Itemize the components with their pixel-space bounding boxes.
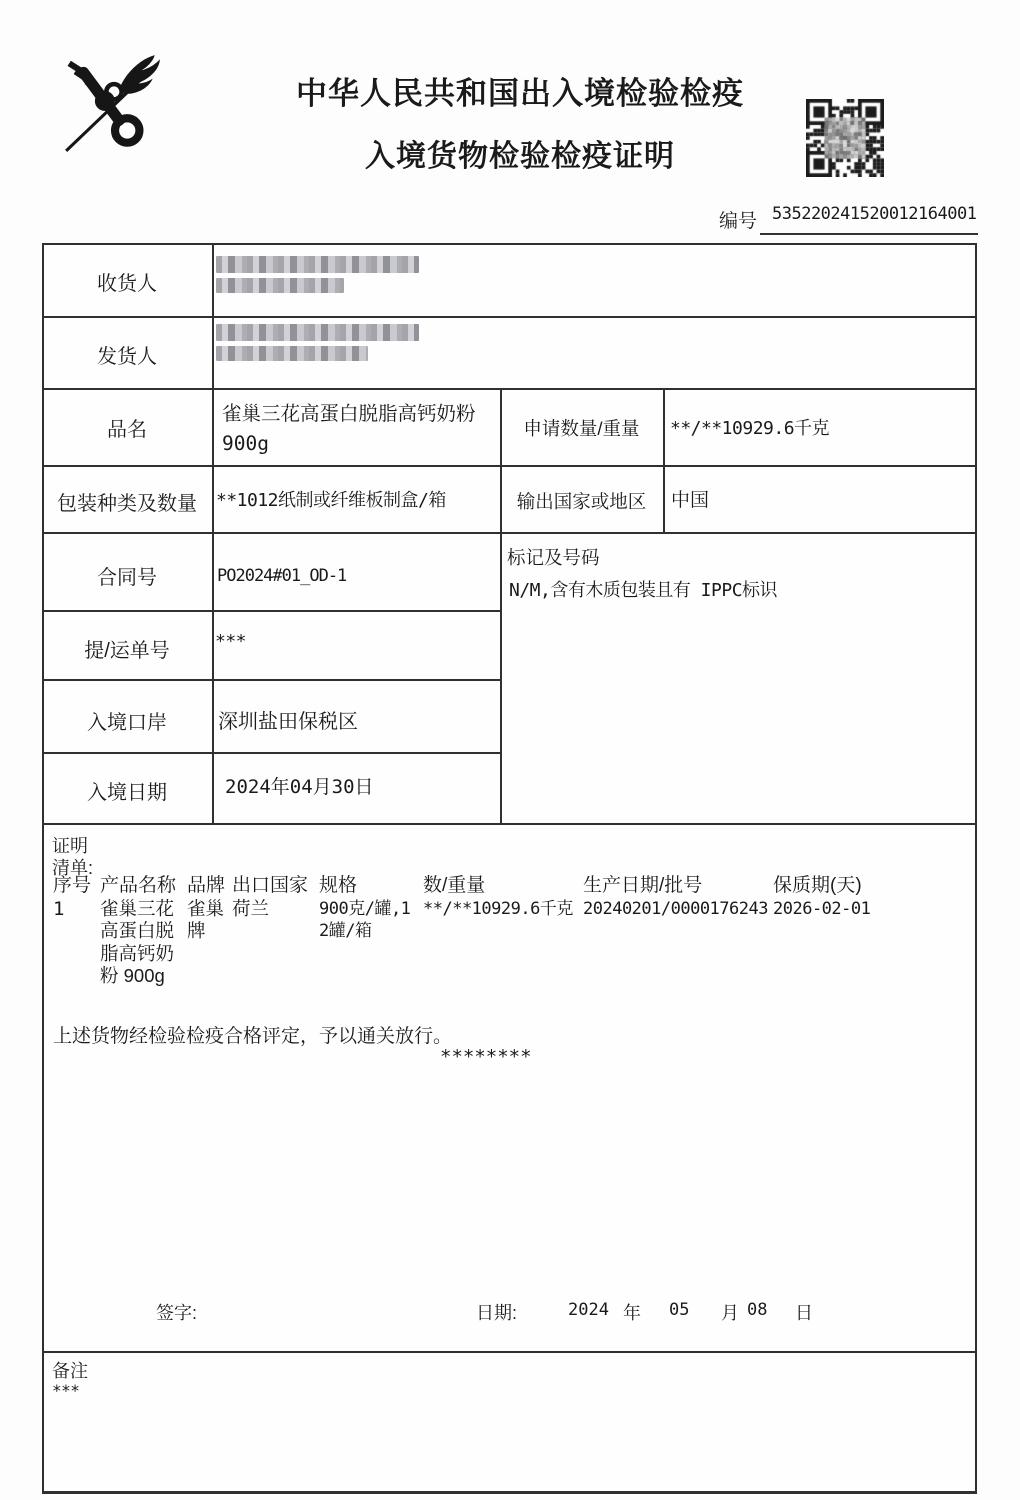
grid-line bbox=[44, 465, 975, 467]
month-char: 月 bbox=[721, 1299, 739, 1325]
package-value: **1012纸制或纤维板制盒/箱 bbox=[216, 486, 446, 512]
date-month-value: 05 bbox=[669, 1300, 689, 1320]
product-value: 雀巢三花高蛋白脱脂高钙奶粉 900g bbox=[222, 399, 486, 459]
contract-label: 合同号 bbox=[42, 561, 212, 590]
export-country-label: 输出国家或地区 bbox=[500, 488, 663, 514]
remarks-label: 备注 bbox=[52, 1357, 88, 1383]
list-col-seq: 序号 1 bbox=[53, 875, 99, 920]
grid-line bbox=[44, 388, 975, 390]
list-col-product: 产品名称 雀巢三花高蛋白脱脂高钙奶粉 900g bbox=[100, 875, 183, 988]
shipper-redacted-line2 bbox=[216, 346, 368, 361]
certificate-title-line1: 证明 bbox=[52, 835, 93, 857]
certificate-section-title: 证明 清单: bbox=[52, 835, 93, 879]
remarks-value: *** bbox=[52, 1381, 79, 1400]
consignee-label: 收货人 bbox=[42, 267, 212, 296]
consignee-redacted-line2 bbox=[216, 278, 344, 293]
bill-label: 提/运单号 bbox=[42, 634, 212, 663]
grid-line bbox=[212, 245, 214, 825]
date-year-value: 2024 bbox=[568, 1300, 609, 1320]
day-char: 日 bbox=[795, 1299, 813, 1325]
serial-label: 编号 bbox=[719, 206, 757, 233]
list-col-country: 出口国家 荷兰 bbox=[232, 875, 316, 920]
package-label: 包装种类及数量 bbox=[42, 487, 212, 516]
product-label: 品名 bbox=[42, 413, 212, 442]
serial-underline bbox=[760, 233, 978, 235]
signature-label: 签字: bbox=[156, 1299, 197, 1325]
document-title-line2: 入境货物检验检疫证明 bbox=[210, 131, 830, 175]
grid-line bbox=[44, 1351, 975, 1353]
serial-number: 535220241520012164001 bbox=[772, 204, 976, 224]
grid-line bbox=[44, 679, 502, 681]
list-col-brand: 品牌 雀巢牌 bbox=[187, 875, 231, 943]
grid-line bbox=[44, 752, 502, 754]
date-label: 日期: bbox=[476, 1299, 517, 1325]
grid-line bbox=[500, 388, 502, 825]
entry-port-label: 入境口岸 bbox=[42, 706, 212, 735]
marks-label: 标记及号码 bbox=[507, 544, 600, 570]
stars-separator: ******** bbox=[440, 1046, 532, 1068]
grid-line bbox=[44, 316, 975, 318]
shipper-redacted-line1 bbox=[216, 324, 419, 341]
bill-value: *** bbox=[215, 631, 246, 652]
entry-date-value: 2024年04月30日 bbox=[225, 772, 374, 799]
grid-line bbox=[44, 610, 502, 612]
list-col-prod-date: 生产日期/批号 20240201/0000176243 bbox=[583, 875, 771, 920]
shipper-label: 发货人 bbox=[42, 340, 212, 369]
grid-line bbox=[663, 388, 665, 534]
entry-date-label: 入境日期 bbox=[42, 776, 212, 805]
qr-code bbox=[806, 99, 884, 177]
grid-line bbox=[44, 823, 975, 825]
document-title-line1: 中华人民共和国出入境检验检疫 bbox=[210, 68, 830, 113]
qty-label: 申请数量/重量 bbox=[500, 415, 663, 441]
date-day-value: 08 bbox=[747, 1300, 767, 1320]
clearance-statement: 上述货物经检验检疫合格评定，予以通关放行。 bbox=[53, 1021, 452, 1048]
certificate-page: 中华人民共和国出入境检验检疫 入境货物检验检疫证明 编号 53522024152… bbox=[0, 0, 1020, 1500]
qty-value: **/**10929.6千克 bbox=[670, 414, 829, 440]
grid-line bbox=[44, 532, 975, 534]
marks-value: N/M,含有木质包装且有 IPPC标识 bbox=[509, 576, 777, 602]
consignee-redacted-line1 bbox=[216, 256, 419, 273]
list-col-spec: 规格 900克/罐,12罐/箱 bbox=[319, 875, 416, 943]
export-country-value: 中国 bbox=[671, 485, 709, 512]
contract-value: PO2024#01_OD-1 bbox=[217, 566, 346, 586]
entry-port-value: 深圳盐田保税区 bbox=[218, 705, 358, 734]
list-col-qty: 数/重量 **/**10929.6千克 bbox=[423, 875, 581, 920]
ciq-emblem-icon bbox=[58, 48, 170, 160]
year-char: 年 bbox=[623, 1299, 641, 1325]
list-col-shelf-life: 保质期(天) 2026-02-01 bbox=[773, 875, 913, 920]
